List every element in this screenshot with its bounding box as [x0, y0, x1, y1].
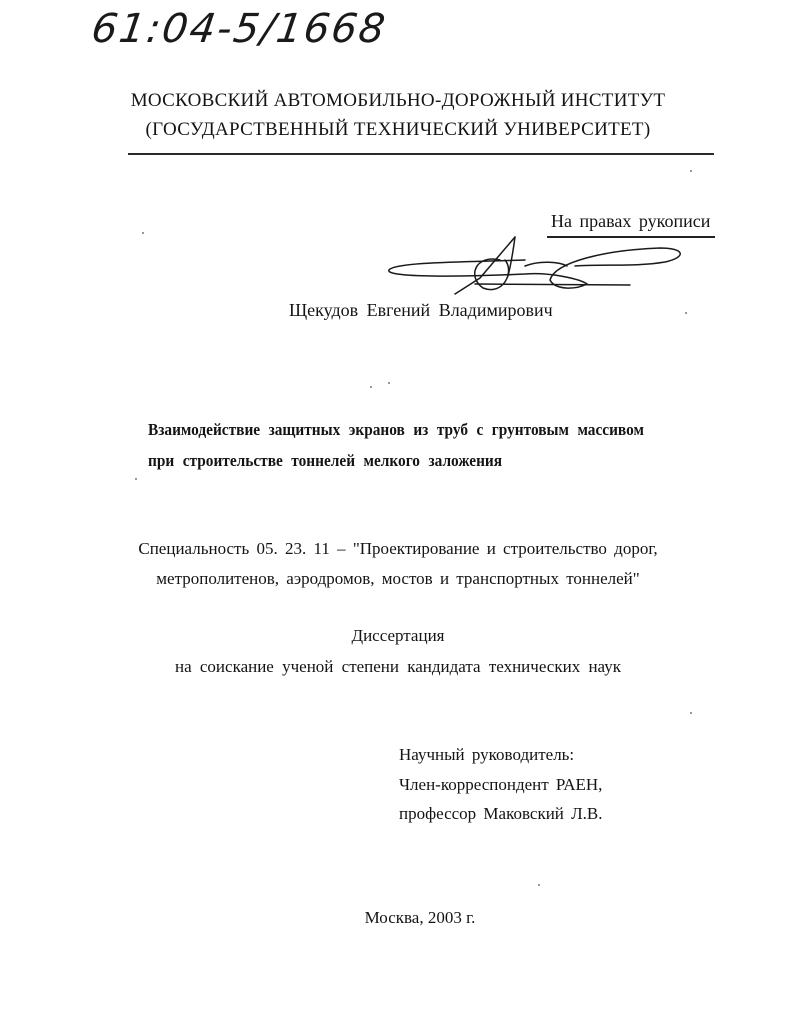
supervisor-name: профессор Маковский Л.В.	[399, 804, 603, 824]
specialty-line2: метрополитенов, аэродромов, мостов и тра…	[0, 569, 796, 589]
scan-speck	[690, 170, 692, 172]
scan-speck	[538, 884, 540, 886]
author-name: Щекудов Евгений Владимирович	[289, 300, 553, 321]
manuscript-note: На правах рукописи	[551, 211, 710, 232]
specialty-line1: Специальность 05. 23. 11 – "Проектирован…	[0, 539, 796, 559]
supervisor-label: Научный руководитель:	[399, 745, 574, 765]
scan-speck	[388, 382, 390, 384]
header-divider	[128, 153, 714, 155]
scan-speck	[685, 312, 687, 314]
supervisor-rank: Член-корреспондент РАЕН,	[399, 775, 602, 795]
dissertation-title-line2: при строительстве тоннелей мелкого залож…	[148, 451, 502, 471]
scan-speck	[370, 386, 372, 388]
handwritten-archive-number: 61:04-5/1668	[89, 6, 390, 52]
scan-speck	[690, 712, 692, 714]
institute-name: МОСКОВСКИЙ АВТОМОБИЛЬНО-ДОРОЖНЫЙ ИНСТИТУ…	[0, 90, 796, 112]
place-and-year: Москва, 2003 г.	[0, 908, 796, 928]
signature-icon	[375, 232, 695, 307]
degree-line: на соискание ученой степени кандидата те…	[0, 657, 796, 677]
scan-speck	[135, 478, 137, 480]
dissertation-title-line1: Взаимодействие защитных экранов из труб …	[148, 420, 644, 440]
work-type: Диссертация	[0, 626, 796, 646]
scan-speck	[142, 232, 144, 234]
institute-subtitle: (ГОСУДАРСТВЕННЫЙ ТЕХНИЧЕСКИЙ УНИВЕРСИТЕТ…	[0, 119, 796, 141]
